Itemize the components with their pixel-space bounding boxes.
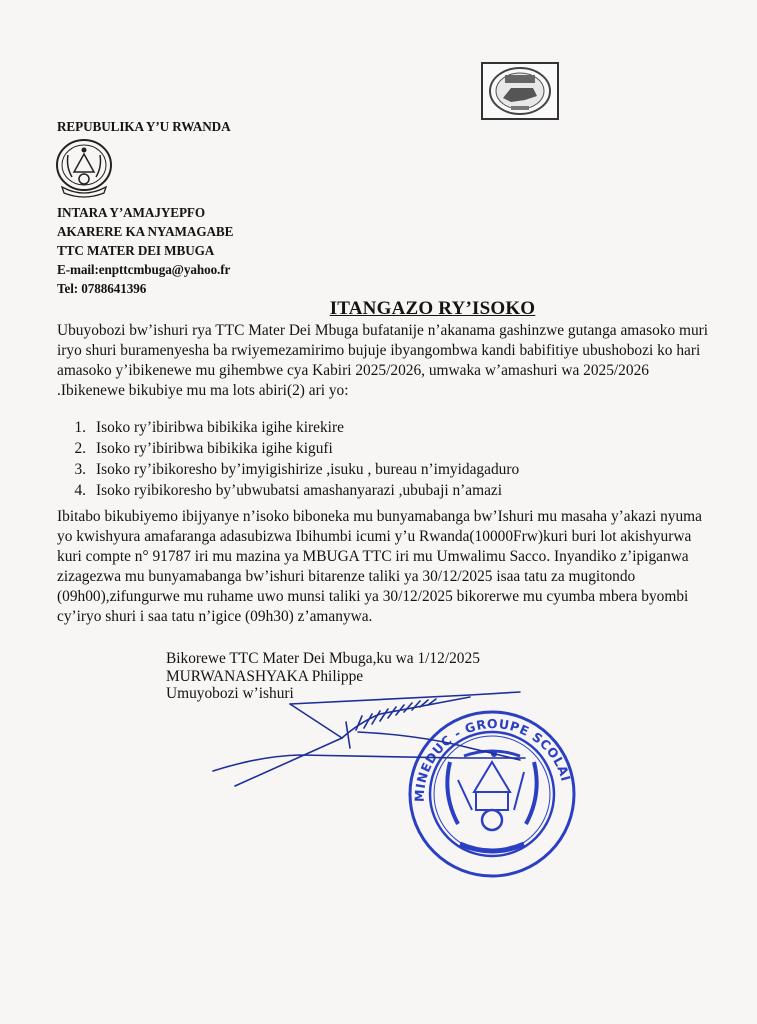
school-logo-icon xyxy=(481,62,559,120)
signatory-role: Umuyobozi w’ishuri xyxy=(166,685,480,703)
lot-item: 3.Isoko ry’ibikoresho by’imyigishirize ,… xyxy=(57,459,519,480)
details-line: cy’iryo shuri i saa tatu n’igice (09h30)… xyxy=(57,607,702,627)
official-stamp-icon: MINEDUC - GROUPE SCOLAIRE MBUGA xyxy=(402,702,582,882)
place-date-line: Bikorewe TTC Mater Dei Mbuga,ku wa 1/12/… xyxy=(166,650,480,668)
details-line: zizagezwa mu bunyamabanga bw’ishuri bita… xyxy=(57,567,702,587)
details-line: Ibitabo bikubiyemo ibijyanye n’isoko bib… xyxy=(57,507,702,527)
signatory-name: MURWANASHYAKA Philippe xyxy=(166,668,480,686)
intro-paragraph: Ubuyobozi bw’ishuri rya TTC Mater Dei Mb… xyxy=(57,321,708,401)
lot-number: 3. xyxy=(59,459,86,480)
document-title: ITANGAZO RY’ISOKO xyxy=(0,298,757,320)
phone-line: Tel: 0788641396 xyxy=(57,279,233,298)
intro-line: amasoko y’ibikenewe mu gihembwe cya Kabi… xyxy=(57,361,708,381)
lot-label: Isoko ry’ibiribwa bibikika igihe kirekir… xyxy=(96,419,344,436)
lot-label: Isoko ry’ibikoresho by’imyigishirize ,is… xyxy=(96,461,519,478)
lot-label: Isoko ry’ibiribwa bibikika igihe kigufi xyxy=(96,440,333,457)
lot-label: Isoko ryibikoresho by’ubwubatsi amashany… xyxy=(96,482,502,499)
email-line: E-mail:enpttcmbuga@yahoo.fr xyxy=(57,260,233,279)
school-line: TTC MATER DEI MBUGA xyxy=(57,241,233,260)
lot-number: 4. xyxy=(59,480,86,501)
lot-item: 4.Isoko ryibikoresho by’ubwubatsi amasha… xyxy=(57,480,519,501)
rwanda-coat-of-arms-icon xyxy=(54,137,114,201)
signature-block: Bikorewe TTC Mater Dei Mbuga,ku wa 1/12/… xyxy=(166,650,480,703)
lots-list: 1.Isoko ry’ibiribwa bibikika igihe kirek… xyxy=(57,417,519,501)
province-line: INTARA Y’AMAJYEPFO xyxy=(57,203,233,222)
intro-line: iryo shuri buramenyesha ba rwiyemezamiri… xyxy=(57,341,708,361)
lot-item: 2.Isoko ry’ibiribwa bibikika igihe kiguf… xyxy=(57,438,519,459)
details-line: yo kwishyura amafaranga adasubizwa Ibihu… xyxy=(57,527,702,547)
intro-line: Ubuyobozi bw’ishuri rya TTC Mater Dei Mb… xyxy=(57,321,708,341)
intro-line: .Ibikenewe bikubiye mu ma lots abiri(2) … xyxy=(57,381,708,401)
district-line: AKARERE KA NYAMAGABE xyxy=(57,222,233,241)
lot-number: 1. xyxy=(59,417,86,438)
details-line: (09h00),zifungurwe mu ruhame uwo munsi t… xyxy=(57,587,702,607)
republic-heading: REPUBULIKA Y’U RWANDA xyxy=(57,117,231,136)
lot-item: 1.Isoko ry’ibiribwa bibikika igihe kirek… xyxy=(57,417,519,438)
details-paragraph: Ibitabo bikubiyemo ibijyanye n’isoko bib… xyxy=(57,507,702,626)
lot-number: 2. xyxy=(59,438,86,459)
details-line: kuri compte n° 91787 iri mu mazina ya MB… xyxy=(57,547,702,567)
issuer-block: INTARA Y’AMAJYEPFO AKARERE KA NYAMAGABE … xyxy=(57,203,233,298)
